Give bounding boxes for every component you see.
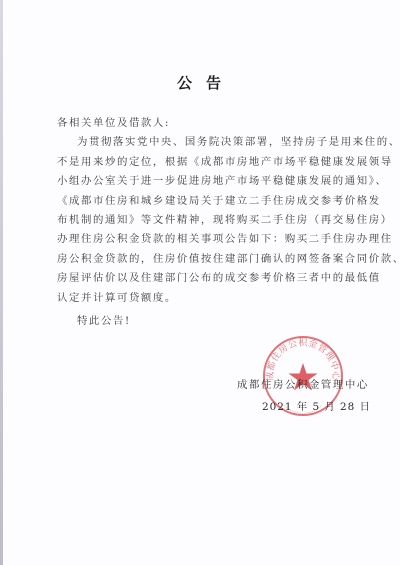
notice-page: 公告 各相关单位及借款人: 为贯彻落实党中央、国务院决策部署，坚持房子是用来住的… <box>0 0 400 565</box>
paragraph-line: 不是用来炒的定位，根据《成都市房地产市场平稳健康发展领导 <box>57 153 357 172</box>
paragraph-line: 布机制的通知》等文件精神，现将购买二手住房（再交易住房） <box>57 211 357 230</box>
paragraph-line: 小组办公室关于进一步促进房地产市场平稳健康发展的通知》、 <box>57 172 357 191</box>
notice-body: 各相关单位及借款人: 为贯彻落实党中央、国务院决策部署，坚持房子是用来住的、 不… <box>57 114 357 331</box>
paragraph-line: 认定并计算可贷额度。 <box>57 289 357 308</box>
paragraph-line: 《成都市住房和城乡建设局关于建立二手住房成交参考价格发 <box>57 192 357 211</box>
issuer-signature: 成都住房公积金管理中心 <box>237 376 369 391</box>
paragraph-line: 房屋评估价以及住建部门公布的成交参考价格三者中的最低值 <box>57 269 357 288</box>
closing-text: 特此公告! <box>57 312 357 331</box>
issue-date: 2021 年 5 月 28 日 <box>262 398 371 413</box>
page-title: 公告 <box>0 72 400 93</box>
paragraph-line: 房公积金贷款的，住房价值按住建部门确认的网签备案合同价款、 <box>57 250 357 269</box>
salutation: 各相关单位及借款人: <box>57 114 357 133</box>
paragraph-line: 为贯彻落实党中央、国务院决策部署，坚持房子是用来住的、 <box>57 133 357 152</box>
paragraph-line: 办理住房公积金贷款的相关事项公告如下：购买二手住房办理住 <box>57 230 357 249</box>
